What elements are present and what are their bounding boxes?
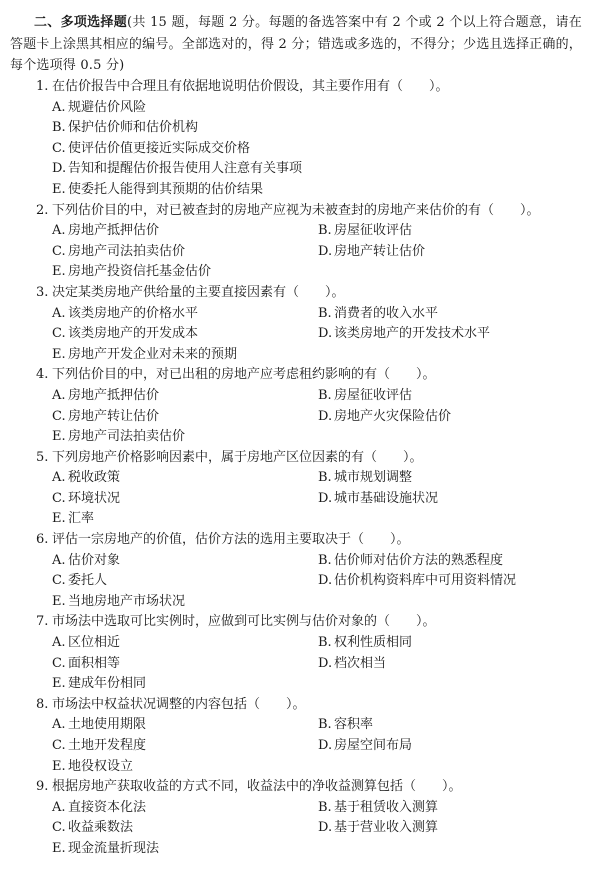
option-d: D.房屋空间布局 — [318, 736, 412, 757]
section-instructions: 二、多项选择题(共 15 题，每题 2 分。每题的备选答案中有 2 个或 2 个… — [10, 12, 582, 77]
question-stem: 下列估价目的中，对已被查封的房地产应视为未被查封的房地产来估价的有（ ）。 — [52, 203, 540, 218]
option-a: A.税收政策 — [0, 468, 318, 489]
option-e: E.使委托人能得到其预期的估价结果 — [0, 180, 590, 201]
option-c: C.面积相等 — [0, 654, 318, 675]
option-e: E.房地产开发企业对未来的预期 — [0, 345, 590, 366]
option-e: E.现金流量折现法 — [0, 839, 590, 860]
option-b: B.消费者的收入水平 — [318, 304, 438, 325]
option-c: C.使评估价值更接近实际成交价格 — [0, 139, 590, 160]
option-b: B.城市规划调整 — [318, 468, 412, 489]
option-e: E.房地产司法拍卖估价 — [0, 427, 590, 448]
question-3: 3.决定某类房地产供给量的主要直接因素有（ ）。 A.该类房地产的价格水平 B.… — [0, 283, 590, 365]
option-b: B.保护估价师和估价机构 — [0, 118, 590, 139]
option-a: A.区位相近 — [0, 633, 318, 654]
question-number: 2. — [36, 201, 52, 222]
option-a: A.估价对象 — [0, 551, 318, 572]
option-a: A.规避估价风险 — [0, 98, 590, 119]
section-title: 二、多项选择题 — [34, 15, 127, 30]
question-8: 8.市场法中权益状况调整的内容包括（ ）。 A.土地使用期限 B.容积率 C.土… — [0, 695, 590, 777]
question-6: 6.评估一宗房地产的价值，估价方法的选用主要取决于（ ）。 A.估价对象 B.估… — [0, 530, 590, 612]
option-e: E.建成年份相同 — [0, 674, 590, 695]
option-c: C.委托人 — [0, 571, 318, 592]
question-list: 1.在估价报告中合理且有依据地说明估价假设，其主要作用有（ ）。 A.规避估价风… — [0, 77, 590, 860]
option-c: C.环境状况 — [0, 489, 318, 510]
question-4: 4.下列估价目的中，对已出租的房地产应考虑租约影响的有（ ）。 A.房地产抵押估… — [0, 365, 590, 447]
question-number: 9. — [36, 777, 52, 798]
question-number: 4. — [36, 365, 52, 386]
option-e: E.当地房地产市场状况 — [0, 592, 590, 613]
question-number: 6. — [36, 530, 52, 551]
question-stem: 市场法中选取可比实例时，应做到可比实例与估价对象的（ ）。 — [52, 614, 436, 629]
option-d: D.估价机构资料库中可用资料情况 — [318, 571, 516, 592]
option-d: D.房地产转让估价 — [318, 242, 425, 263]
option-c: C.收益乘数法 — [0, 818, 318, 839]
option-d: D.基于营业收入测算 — [318, 818, 438, 839]
question-number: 7. — [36, 612, 52, 633]
option-d: D.告知和提醒估价报告使用人注意有关事项 — [0, 159, 590, 180]
question-stem: 下列估价目的中，对已出租的房地产应考虑租约影响的有（ ）。 — [52, 367, 436, 382]
question-1: 1.在估价报告中合理且有依据地说明估价假设，其主要作用有（ ）。 A.规避估价风… — [0, 77, 590, 201]
option-b: B.房屋征收评估 — [318, 386, 412, 407]
option-c: C.该类房地产的开发成本 — [0, 324, 318, 345]
option-b: B.房屋征收评估 — [318, 221, 412, 242]
option-a: A.土地使用期限 — [0, 715, 318, 736]
option-a: A.该类房地产的价格水平 — [0, 304, 318, 325]
option-e: E.房地产投资信托基金估价 — [0, 262, 590, 283]
question-number: 3. — [36, 283, 52, 304]
option-b: B.估价师对估价方法的熟悉程度 — [318, 551, 503, 572]
question-stem: 在估价报告中合理且有依据地说明估价假设，其主要作用有（ ）。 — [52, 79, 449, 94]
option-d: D.档次相当 — [318, 654, 386, 675]
option-d: D.该类房地产的开发技术水平 — [318, 324, 490, 345]
question-stem: 下列房地产价格影响因素中，属于房地产区位因素的有（ ）。 — [52, 450, 423, 465]
option-a: A.房地产抵押估价 — [0, 386, 318, 407]
question-5: 5.下列房地产价格影响因素中，属于房地产区位因素的有（ ）。 A.税收政策 B.… — [0, 448, 590, 530]
option-b: B.容积率 — [318, 715, 373, 736]
option-c: C.房地产转让估价 — [0, 407, 318, 428]
question-stem: 市场法中权益状况调整的内容包括（ ）。 — [52, 697, 306, 712]
option-c: C.房地产司法拍卖估价 — [0, 242, 318, 263]
option-d: D.城市基础设施状况 — [318, 489, 438, 510]
option-a: A.直接资本化法 — [0, 798, 318, 819]
option-b: B.基于租赁收入测算 — [318, 798, 438, 819]
question-number: 1. — [36, 77, 52, 98]
question-stem: 决定某类房地产供给量的主要直接因素有（ ）。 — [52, 285, 345, 300]
question-9: 9.根据房地产获取收益的方式不同，收益法中的净收益测算包括（ ）。 A.直接资本… — [0, 777, 590, 859]
question-stem: 评估一宗房地产的价值，估价方法的选用主要取决于（ ）。 — [52, 532, 410, 547]
option-c: C.土地开发程度 — [0, 736, 318, 757]
question-7: 7.市场法中选取可比实例时，应做到可比实例与估价对象的（ ）。 A.区位相近 B… — [0, 612, 590, 694]
question-2: 2.下列估价目的中，对已被查封的房地产应视为未被查封的房地产来估价的有（ ）。 … — [0, 201, 590, 283]
option-b: B.权利性质相同 — [318, 633, 412, 654]
option-a: A.房地产抵押估价 — [0, 221, 318, 242]
option-e: E.汇率 — [0, 509, 590, 530]
option-e: E.地役权设立 — [0, 757, 590, 778]
question-number: 5. — [36, 448, 52, 469]
question-number: 8. — [36, 695, 52, 716]
question-stem: 根据房地产获取收益的方式不同，收益法中的净收益测算包括（ ）。 — [52, 779, 462, 794]
option-d: D.房地产火灾保险估价 — [318, 407, 451, 428]
